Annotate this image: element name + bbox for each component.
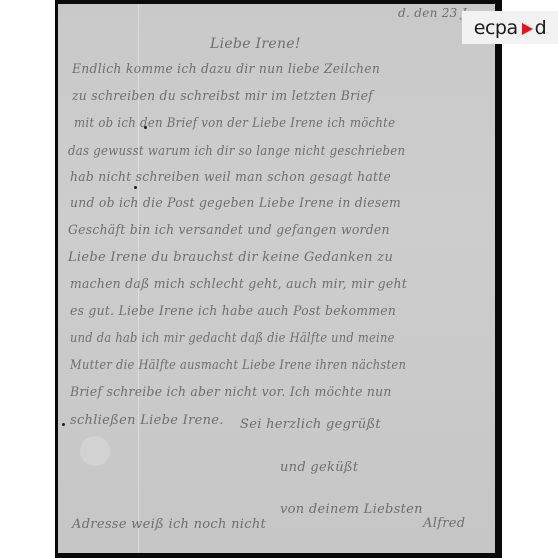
letter-line: schließen Liebe Irene. — [70, 413, 224, 428]
letter-line: zu schreiben du schreibst mir im letzten… — [72, 89, 373, 104]
footer-address-note: Adresse weiß ich noch nicht — [72, 517, 266, 532]
ecpad-watermark-logo: ecpa d — [462, 11, 558, 44]
paper-speck — [144, 126, 147, 129]
letter-line: Brief schreibe ich aber nicht vor. Ich m… — [70, 385, 392, 400]
letter-line: und ob ich die Post gegeben Liebe Irene … — [70, 196, 401, 211]
logo-text-left: ecpa — [474, 17, 518, 39]
letter-line: Mutter die Hälfte ausmacht Liebe Irene i… — [70, 358, 406, 373]
salutation: Liebe Irene! — [210, 36, 301, 52]
paper-speck — [62, 423, 65, 426]
letter-line: Endlich komme ich dazu dir nun liebe Zei… — [72, 62, 380, 77]
signature: Alfred — [423, 516, 465, 531]
letter-line: das gewusst warum ich dir so lange nicht… — [68, 144, 405, 159]
paper-stain — [80, 436, 110, 466]
letter-line: mit ob ich den Brief von der Liebe Irene… — [74, 116, 395, 131]
footer-from-note: von deinem Liebsten — [280, 502, 423, 517]
red-triangle-play-icon — [522, 23, 533, 35]
date-line: d. den 23 J — [398, 6, 467, 20]
closing-line: Sei herzlich gegrüßt — [240, 417, 381, 432]
letter-line: und da hab ich mir gedacht daß die Hälft… — [70, 331, 395, 346]
letter-line: es gut. Liebe Irene ich habe auch Post b… — [70, 304, 396, 319]
logo-text-right: d — [535, 17, 547, 39]
letter-line: machen daß mich schlecht geht, auch mir,… — [70, 277, 407, 292]
letter-line: Geschäft bin ich versandet und gefangen … — [68, 223, 390, 238]
paper-speck — [134, 186, 137, 189]
letter-paper: d. den 23 J Liebe Irene! Endlich komme i… — [58, 4, 495, 553]
letter-line: hab nicht schreiben weil man schon gesag… — [70, 170, 391, 185]
closing-line: und geküßt — [280, 460, 358, 475]
letter-line: Liebe Irene du brauchst dir keine Gedank… — [68, 250, 393, 265]
